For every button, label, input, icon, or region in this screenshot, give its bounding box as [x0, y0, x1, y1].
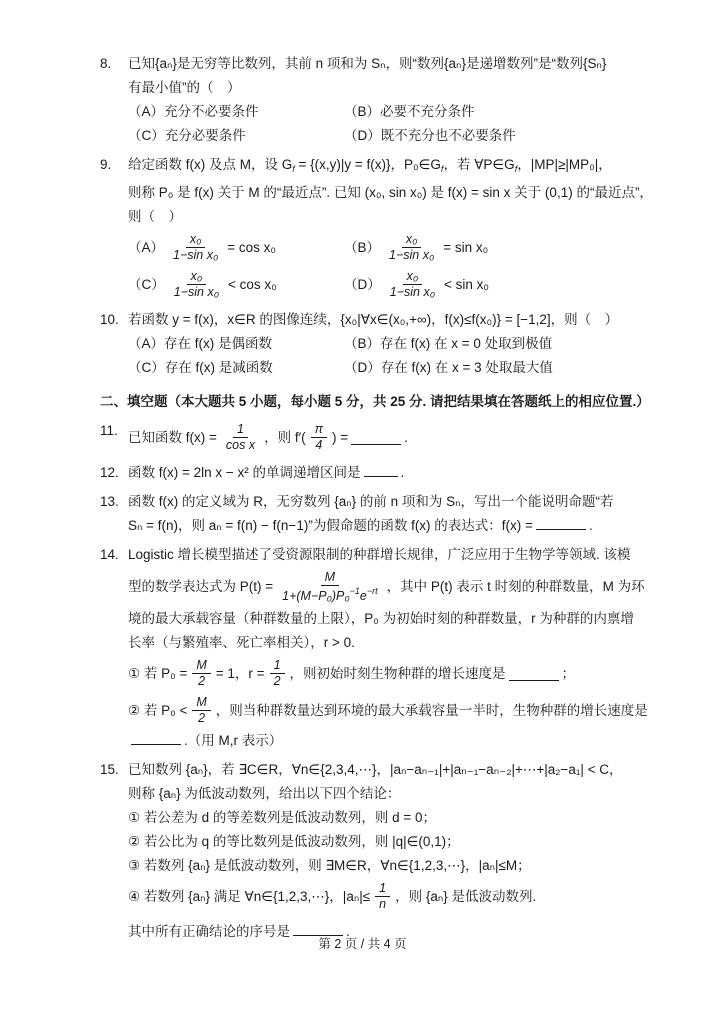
option-d: （D） x₀1−sin x₀ < sin x₀: [344, 266, 648, 303]
text-segment: ，|MP|≥|MP₀|，: [517, 157, 612, 172]
fraction: 12: [270, 658, 285, 689]
question-body: Logistic 增长模型描述了受资源限制的种群增长规律，广泛应用于生物学等领域…: [128, 543, 648, 753]
answer-blank: [536, 515, 586, 530]
sub-item-2-continuation: .（用 M,r 表示）: [128, 729, 648, 753]
question-10: 10. 若函数 y = f(x)，x∈R 的图像连续，{x₀|∀x∈(x₀,+∞…: [100, 308, 648, 380]
text-line: Sₙ = f(n)，则 aₙ = f(n) − f(n−1)”为假命题的函数 f…: [128, 514, 648, 538]
text-line: 有最小值”的（ ）: [128, 76, 648, 100]
question-12: 12. 函数 f(x) = 2ln x − x² 的单调递增区间是.: [100, 461, 648, 485]
option-label: （C）: [128, 273, 165, 297]
question-14: 14. Logistic 增长模型描述了受资源限制的种群增长规律，广泛应用于生物…: [100, 543, 648, 753]
text-line: 长率（与繁殖率、死亡率相关），r > 0.: [128, 631, 648, 655]
question-number: 13.: [100, 490, 128, 538]
fraction-denominator: 1−sin x₀: [169, 248, 222, 263]
text-segment: .: [401, 465, 405, 480]
fraction: x₀1−sin x₀: [386, 269, 439, 300]
conclusion-4: ④ 若数列 {aₙ} 满足 ∀n∈{1,2,3,⋯}，|aₙ|≤ 1n ，则 {…: [128, 878, 648, 915]
option-d: （D）存在 f(x) 在 x = 3 处取最大值: [344, 356, 648, 380]
question-body: 函数 f(x) 的定义域为 R，无穷数列 {aₙ} 的前 n 项和为 Sₙ，写出…: [128, 490, 648, 538]
question-number: 11.: [100, 419, 128, 456]
question-number: 9.: [100, 153, 128, 303]
page-footer: 第 2 页 / 共 4 页: [0, 934, 725, 952]
fraction: M1+(M−P₀)P₀−1e−rt: [278, 570, 381, 604]
text-line: Logistic 增长模型描述了受资源限制的种群增长规律，广泛应用于生物学等领域…: [128, 543, 648, 567]
text-segment: .: [404, 426, 408, 450]
text-segment: ) =: [332, 426, 348, 450]
fraction-denominator: 1−sin x₀: [385, 248, 438, 263]
question-13: 13. 函数 f(x) 的定义域为 R，无穷数列 {aₙ} 的前 n 项和为 S…: [100, 490, 648, 538]
conclusion-1: ① 若公差为 d 的等差数列是低波动数列，则 d = 0；: [128, 806, 648, 830]
option-b: （B）必要不充分条件: [344, 100, 648, 124]
option-d: （D）既不充分也不必要条件: [344, 124, 648, 148]
question-number: 8.: [100, 52, 128, 148]
question-8: 8. 已知{aₙ}是无穷等比数列，其前 n 项和为 Sₙ，则“数列{aₙ}是递增…: [100, 52, 648, 148]
option-c: （C）存在 f(x) 是减函数: [128, 356, 344, 380]
fraction-denominator: 4: [311, 438, 326, 453]
answer-blank: [351, 430, 401, 445]
question-number: 10.: [100, 308, 128, 380]
fraction: x₀1−sin x₀: [170, 269, 223, 300]
question-number: 14.: [100, 543, 128, 753]
sub-item-2: ② 若 P₀ < M2 ，则当种群数量达到环境的最大承载容量一半时，生物种群的增…: [128, 692, 648, 729]
fraction: π4: [311, 422, 327, 453]
question-body: 函数 f(x) = 2ln x − x² 的单调递增区间是.: [128, 461, 648, 485]
text-segment: ，则初始时刻生物种群的增长速度是: [290, 662, 506, 686]
option-c: （C） x₀1−sin x₀ < cos x₀: [128, 266, 344, 303]
question-9: 9. 给定函数 f(x) 及点 M，设 Gf = {(x,y)|y = f(x)…: [100, 153, 648, 303]
question-body: 若函数 y = f(x)，x∈R 的图像连续，{x₀|∀x∈(x₀,+∞)，f(…: [128, 308, 648, 380]
fraction-numerator: M: [192, 658, 210, 674]
fraction: x₀1−sin x₀: [385, 232, 438, 263]
text-line: 境的最大承载容量（种群数量的上限），P₀ 为初始时刻的种群数量，r 为种群的内禀…: [128, 607, 648, 631]
fraction-numerator: x₀: [403, 269, 423, 285]
option-expression: = sin x₀: [443, 236, 488, 260]
text-segment: ① 若 P₀ =: [128, 662, 187, 686]
option-a: （A） x₀1−sin x₀ = cos x₀: [128, 229, 344, 266]
sub-item-1: ① 若 P₀ = M2 = 1，r = 12 ，则初始时刻生物种群的增长速度是 …: [128, 655, 648, 692]
option-b: （B） x₀1−sin x₀ = sin x₀: [344, 229, 648, 266]
text-segment: = 1，r =: [216, 662, 265, 686]
text-line: 若函数 y = f(x)，x∈R 的图像连续，{x₀|∀x∈(x₀,+∞)，f(…: [128, 308, 648, 332]
text-line: 已知函数 f(x) = 1cos x ，则 f′( π4 ) = .: [128, 419, 648, 456]
options: （A）充分不必要条件 （B）必要不充分条件 （C）充分必要条件 （D）既不充分也…: [128, 100, 648, 148]
text-segment: = {(x,y)|y = f(x)}，P₀∈G: [295, 157, 441, 172]
superscript: −rt: [367, 586, 378, 596]
text-segment: ，则 {aₙ} 是低波动数列.: [395, 885, 536, 909]
text-segment: .（用 M,r 表示）: [184, 733, 282, 748]
exam-content: 8. 已知{aₙ}是无穷等比数列，其前 n 项和为 Sₙ，则“数列{aₙ}是递增…: [100, 52, 648, 949]
text-segment: 型的数学表达式为 P(t) =: [128, 575, 273, 599]
text-line: 已知{aₙ}是无穷等比数列，其前 n 项和为 Sₙ，则“数列{aₙ}是递增数列”…: [128, 52, 648, 76]
fraction: M2: [192, 658, 210, 689]
text-segment: ；: [562, 662, 576, 686]
question-body: 已知数列 {aₙ}，若 ∃C∈R，∀n∈{2,3,4,⋯}，|aₙ−aₙ₋₁|+…: [128, 758, 648, 915]
fraction-numerator: x₀: [402, 232, 422, 248]
superscript: −1: [350, 586, 360, 596]
option-a: （A）存在 f(x) 是偶函数: [128, 332, 344, 356]
question-body: 已知{aₙ}是无穷等比数列，其前 n 项和为 Sₙ，则“数列{aₙ}是递增数列”…: [128, 52, 648, 148]
fraction-denominator: cos x: [222, 438, 259, 453]
fraction: M2: [192, 695, 210, 726]
fraction-denominator: 2: [194, 711, 209, 726]
conclusion-3: ③ 若数列 {aₙ} 是低波动数列，则 ∃M∈R，∀n∈{1,2,3,⋯}，|a…: [128, 854, 648, 878]
fraction-numerator: x₀: [187, 269, 207, 285]
conclusion-2: ② 若公比为 q 的等比数列是低波动数列，则 |q|∈(0,1)；: [128, 830, 648, 854]
exam-page: 8. 已知{aₙ}是无穷等比数列，其前 n 项和为 Sₙ，则“数列{aₙ}是递增…: [0, 0, 725, 1024]
text-line: 则（ ）: [128, 205, 648, 229]
answer-blank: [509, 666, 559, 681]
answer-blank: [364, 462, 398, 477]
text-line: 则称 {aₙ} 为低波动数列，给出以下四个结论：: [128, 782, 648, 806]
text-line: 给定函数 f(x) 及点 M，设 Gf = {(x,y)|y = f(x)}，P…: [128, 153, 648, 181]
fraction-denominator: 1−sin x₀: [386, 285, 439, 300]
text-segment: ② 若 P₀ <: [128, 699, 187, 723]
formula-line: 型的数学表达式为 P(t) = M1+(M−P₀)P₀−1e−rt ，其中 P(…: [128, 567, 648, 607]
option-expression: = cos x₀: [227, 236, 276, 260]
question-body: 给定函数 f(x) 及点 M，设 Gf = {(x,y)|y = f(x)}，P…: [128, 153, 648, 303]
text-line: 已知数列 {aₙ}，若 ∃C∈R，∀n∈{2,3,4,⋯}，|aₙ−aₙ₋₁|+…: [128, 758, 648, 782]
question-number: 12.: [100, 461, 128, 485]
options: （A）存在 f(x) 是偶函数 （B）存在 f(x) 在 x = 0 处取到极值…: [128, 332, 648, 380]
text-segment: 已知函数 f(x) =: [128, 426, 217, 450]
fraction-numerator: 1: [270, 658, 285, 674]
text-line: 函数 f(x) 的定义域为 R，无穷数列 {aₙ} 的前 n 项和为 Sₙ，写出…: [128, 490, 648, 514]
fraction-numerator: π: [311, 422, 327, 438]
fraction: x₀1−sin x₀: [169, 232, 222, 263]
text-segment: e: [360, 589, 367, 603]
question-body: 已知函数 f(x) = 1cos x ，则 f′( π4 ) = .: [128, 419, 648, 456]
text-segment: 1+(M−P₀)P₀: [282, 589, 350, 603]
option-label: （A）: [128, 236, 164, 260]
option-c: （C）充分必要条件: [128, 124, 344, 148]
text-segment: .: [589, 518, 593, 533]
fraction-numerator: M: [192, 695, 210, 711]
text-segment: ，则当种群数量达到环境的最大承载容量一半时，生物种群的增长速度是: [216, 699, 648, 723]
fraction-numerator: M: [321, 570, 339, 586]
fraction: 1cos x: [222, 422, 259, 453]
option-a: （A）充分不必要条件: [128, 100, 344, 124]
text-segment: 函数 f(x) = 2ln x − x² 的单调递增区间是: [128, 465, 361, 480]
option-expression: < sin x₀: [444, 273, 489, 297]
options: （A） x₀1−sin x₀ = cos x₀ （B） x₀1−sin x₀ =…: [128, 229, 648, 303]
fraction-denominator: n: [375, 897, 390, 912]
fraction: 1n: [375, 881, 390, 912]
fraction-denominator: 2: [270, 674, 285, 689]
answer-blank: [131, 730, 181, 745]
section-2-header: 二、填空题（本大题共 5 小题，每小题 5 分，共 25 分. 请把结果填在答题…: [100, 390, 648, 414]
fraction-denominator: 1+(M−P₀)P₀−1e−rt: [278, 586, 381, 604]
text-segment: ，则 f′(: [264, 426, 306, 450]
option-label: （D）: [344, 273, 381, 297]
question-15: 15. 已知数列 {aₙ}，若 ∃C∈R，∀n∈{2,3,4,⋯}，|aₙ−aₙ…: [100, 758, 648, 915]
text-segment: ④ 若数列 {aₙ} 满足 ∀n∈{1,2,3,⋯}，|aₙ|≤: [128, 885, 370, 909]
question-11: 11. 已知函数 f(x) = 1cos x ，则 f′( π4 ) = .: [100, 419, 648, 456]
fraction-numerator: 1: [233, 422, 248, 438]
question-number: 15.: [100, 758, 128, 915]
text-segment: ，若 ∀P∈G: [443, 157, 514, 172]
text-line: 函数 f(x) = 2ln x − x² 的单调递增区间是.: [128, 461, 648, 485]
text-segment: 给定函数 f(x) 及点 M，设 G: [128, 157, 292, 172]
fraction-denominator: 1−sin x₀: [170, 285, 223, 300]
option-label: （B）: [344, 236, 380, 260]
option-expression: < cos x₀: [228, 273, 277, 297]
fraction-numerator: 1: [375, 881, 390, 897]
fraction-numerator: x₀: [186, 232, 206, 248]
text-segment: Sₙ = f(n)，则 aₙ = f(n) − f(n−1)”为假命题的函数 f…: [128, 518, 533, 533]
option-b: （B）存在 f(x) 在 x = 0 处取到极值: [344, 332, 648, 356]
text-segment: ，其中 P(t) 表示 t 时刻的种群数量，M 为环: [387, 575, 645, 599]
fraction-denominator: 2: [194, 674, 209, 689]
text-line: 则称 P₀ 是 f(x) 关于 M 的“最近点”. 已知 (x₀, sin x₀…: [128, 181, 648, 205]
